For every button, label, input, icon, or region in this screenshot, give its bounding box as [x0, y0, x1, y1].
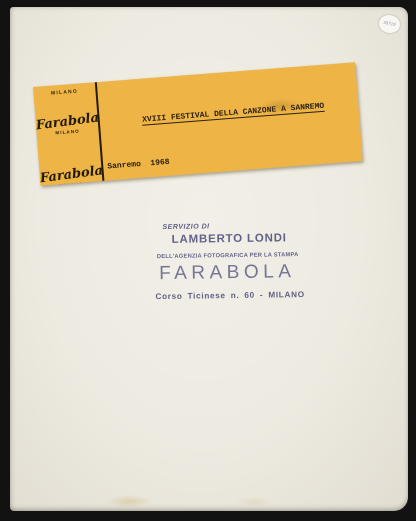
- label-typed-text: XVIII FESTIVAL DELLA CANZONE A SANREMO S…: [97, 62, 361, 180]
- stamp-agency-descriptor: DELL'AGENZIA FOTOGRAFICA PER LA STAMPA: [157, 252, 299, 260]
- photo-paper-back: 35719 MILANO Farabola MILANO Farabola MI…: [10, 7, 408, 511]
- farabola-logo-top: Farabola MILANO: [35, 113, 98, 138]
- label-subtitle: Sanremo 1968: [107, 142, 360, 172]
- stamp-agency-name: FARABOLA: [159, 261, 296, 284]
- stamp-agency-address: Corso Ticinese n. 60 - MILANO: [155, 290, 304, 301]
- stamp-servizio-di: SERVIZIO DI: [162, 223, 209, 231]
- caption-label: MILANO Farabola MILANO Farabola MILANO X…: [33, 62, 363, 185]
- agency-stamp: SERVIZIO DI LAMBERTO LONDI DELL'AGENZIA …: [154, 222, 317, 308]
- farabola-logo-bottom: Farabola MILANO: [39, 166, 102, 186]
- farabola-logo-script: Farabola: [39, 164, 102, 185]
- label-title: XVIII FESTIVAL DELLA CANZONE A SANREMO: [103, 87, 358, 139]
- scan-background: { "scan": { "colors": { "background": "#…: [0, 0, 416, 521]
- paper-stain: [106, 495, 152, 508]
- label-left-column: MILANO Farabola MILANO Farabola MILANO: [33, 82, 104, 186]
- stamp-photographer-name: LAMBERTO LONDI: [172, 232, 287, 246]
- label-corner-city: MILANO: [33, 87, 95, 98]
- paper-stain: [236, 497, 272, 507]
- archive-number: 35719: [383, 21, 396, 28]
- archive-number-sticker: 35719: [378, 14, 401, 35]
